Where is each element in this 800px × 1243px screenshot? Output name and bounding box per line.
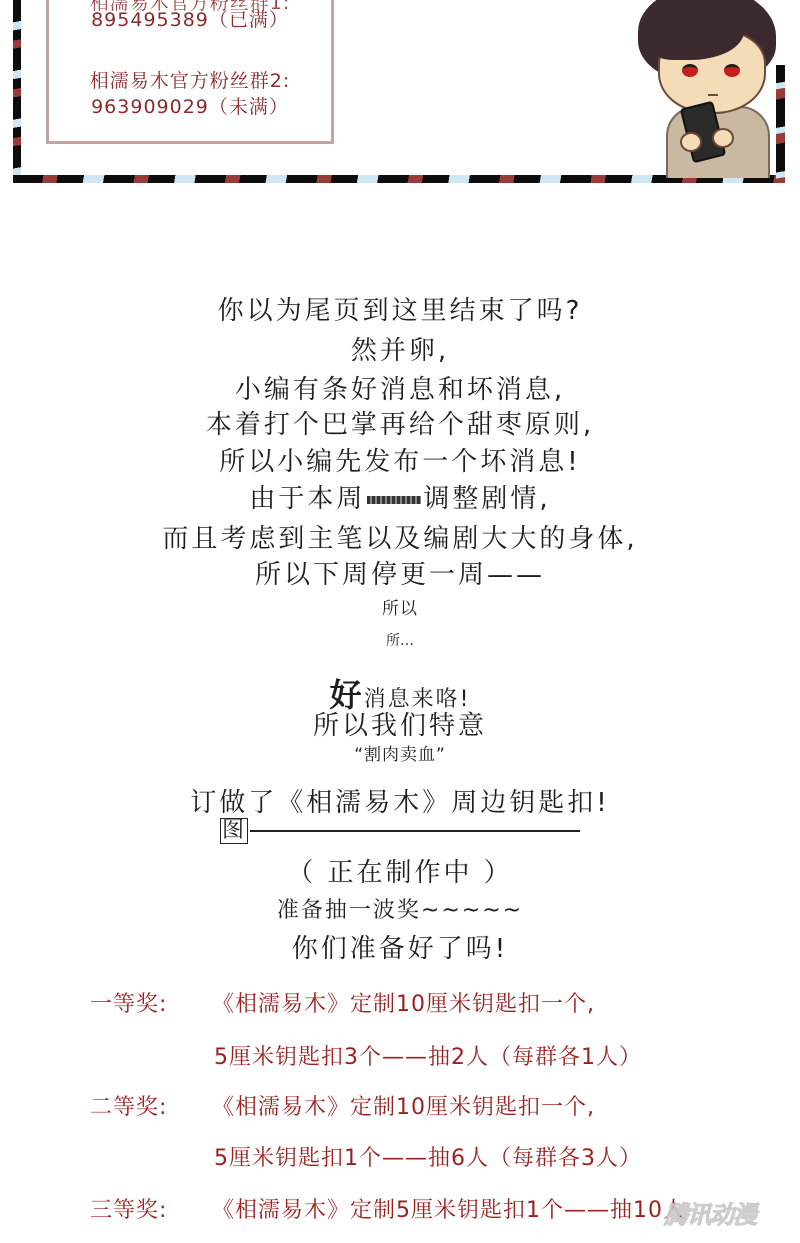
ready-line: 你们准备好了吗! [0,928,800,965]
character-mouth [708,94,718,96]
keychain-line: 订做了《相濡易木》周边钥匙扣! [0,782,800,819]
prize-second-line1: 《相濡易木》定制10厘米钥匙扣一个, [212,1095,595,1120]
striped-border-left [13,0,21,183]
prize-third-line1: 《相濡易木》定制5厘米钥匙扣1个——抽10人 [212,1198,686,1223]
character-hand-left [680,132,702,152]
announcement-line-2: 然并卵, [0,330,800,367]
image-label: 图 [220,818,248,844]
announcement-line-10: 所… [0,630,800,650]
image-placeholder-line: 图 [0,818,800,844]
announcement-line-1: 你以为尾页到这里结束了吗? [0,290,800,327]
prize-first-line2: 5厘米钥匙扣3个——抽2人（每群各1人） [214,1040,642,1071]
lottery-line: 准备抽一波奖~~~~~ [0,893,800,924]
special-intent-line: 所以我们特意 [0,705,800,742]
character-eye-left [682,64,698,77]
quote-line: “割肉卖血” [0,740,800,765]
prize-third-rank: 三等奖: [90,1193,212,1224]
line-6-before: 由于本周 [249,484,365,514]
announcement-line-6: 由于本周调整剧情, [0,478,800,515]
image-placeholder-rule [250,830,580,832]
announcement-line-3: 小编有条好消息和坏消息, [0,369,800,406]
fan-group-2-label: 相濡易木官方粉丝群2: [49,66,331,93]
in-production-line: （ 正在制作中 ） [0,852,800,889]
prize-third: 三等奖:《相濡易木》定制5厘米钥匙扣1个——抽10人 [90,1193,686,1224]
censored-text [367,496,421,504]
prize-first-line1: 《相濡易木》定制10厘米钥匙扣一个, [212,992,595,1017]
fan-group-2-number: 963909029（未满） [49,92,331,119]
prize-first-rank: 一等奖: [90,987,212,1018]
announcement-line-5: 所以小编先发布一个坏消息! [0,441,800,478]
fan-group-1-number: 895495389（已满） [49,5,331,32]
prize-second-rank: 二等奖: [90,1090,212,1121]
character-hand-right [712,128,734,148]
announcement-line-8: 所以下周停更一周—— [0,554,800,591]
announcement-line-9: 所以 [0,594,800,619]
chibi-character-illustration [632,0,782,178]
prize-first: 一等奖:《相濡易木》定制10厘米钥匙扣一个, [90,987,595,1018]
fan-group-info-box: 相濡易木官方粉丝群1: 895495389（已满） 相濡易木官方粉丝群2: 96… [46,0,334,144]
announcement-line-4: 本着打个巴掌再给个甜枣原则, [0,404,800,441]
character-eye-right [724,64,740,77]
platform-watermark: 腾讯动漫 [664,1195,756,1230]
announcement-line-7: 而且考虑到主笔以及编剧大大的身体, [0,518,800,555]
fan-group-panel: 相濡易木官方粉丝群1: 895495389（已满） 相濡易木官方粉丝群2: 96… [0,0,800,190]
prize-second: 二等奖:《相濡易木》定制10厘米钥匙扣一个, [90,1090,595,1121]
line-6-after: 调整剧情, [423,484,550,514]
prize-second-line2: 5厘米钥匙扣1个——抽6人（每群各3人） [214,1141,642,1172]
